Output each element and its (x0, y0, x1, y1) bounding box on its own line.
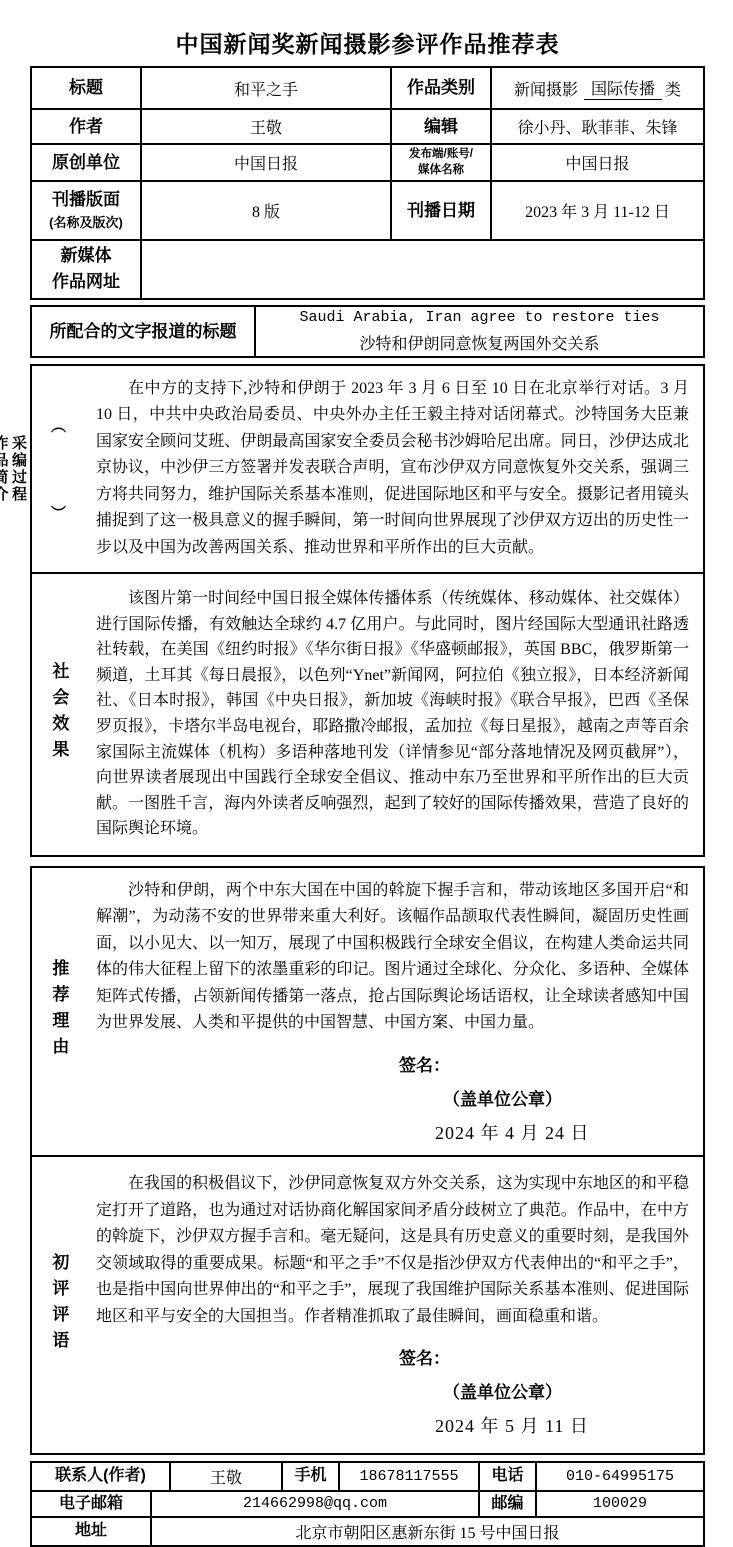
row-recommendation: 推荐理由 沙特和伊朗，两个中东大国在中国的斡旋下握手言和，带动该地区多国开启“和… (32, 868, 703, 1155)
row-headline: 所配合的文字报道的标题 Saudi Arabia, Iran agree to … (32, 307, 703, 356)
label-origin-unit: 原创单位 (32, 145, 140, 180)
label-contact-person: 联系人(作者) (32, 1463, 169, 1490)
label-publish-page: 刊播版面(名称及版次) (32, 182, 140, 239)
row-newmedia-url: 新媒体作品网址 (32, 239, 703, 298)
row-title-category: 标题 和平之手 作品类别 新闻摄影国际传播类 (32, 68, 703, 108)
label-author: 作者 (32, 110, 140, 143)
headline-chinese: 沙特和伊朗同意恢复两国外交关系 (299, 331, 659, 354)
seal-note: （盖单位公章） (399, 1085, 599, 1110)
row-author-editor: 作者 王敬 编辑 徐小丹、耿菲菲、朱锋 (32, 108, 703, 143)
category-suffix: 类 (665, 77, 681, 100)
value-email: 214662998@qq.com (150, 1492, 478, 1516)
value-publish-page: 8 版 (140, 182, 390, 239)
seal-note: （盖单位公章） (399, 1378, 599, 1403)
preliminary-review-text: 在我国的积极倡议下，沙伊同意恢复双方外交关系，这为实现中东地区的和平稳定打开了道… (96, 1171, 689, 1330)
category-prefix: 新闻摄影 (514, 77, 578, 100)
recommendation-body: 沙特和伊朗，两个中东大国在中国的斡旋下握手言和，带动该地区多国开启“和解潮”，为… (84, 868, 703, 1155)
value-origin-unit: 中国日报 (140, 145, 390, 180)
social-effect-text: 该图片第一时间经中国日报全媒体传播体系（传统媒体、移动媒体、社交媒体）进行国际传… (96, 586, 689, 842)
paren-open: （ (51, 418, 64, 433)
value-author: 王敬 (140, 110, 390, 143)
preliminary-review-signature: 签名： （盖单位公章） 2024 年 5 月 11 日 (399, 1344, 599, 1438)
label-work-intro-right: 采编过程 (10, 435, 27, 503)
signature-date: 2024 年 4 月 24 日 (399, 1119, 599, 1145)
label-recommendation: 推荐理由 (32, 868, 84, 1155)
row-contact-phone: 联系人(作者) 王敬 手机 18678117555 电话 010-6499517… (32, 1463, 703, 1490)
value-mobile: 18678117555 (338, 1463, 478, 1490)
label-zipcode: 邮编 (478, 1492, 535, 1516)
label-publish-date: 刊播日期 (390, 182, 490, 239)
label-publish-page-text: 刊播版面(名称及版次) (49, 189, 123, 232)
label-platform-text: 发布端/账号/媒体名称 (409, 147, 473, 178)
label-category: 作品类别 (390, 68, 490, 108)
recommendation-vertical-label: 推荐理由 (49, 959, 68, 1063)
social-effect-vertical-label: 社会效果 (49, 662, 68, 766)
row-email-zip: 电子邮箱 214662998@qq.com 邮编 100029 (32, 1490, 703, 1516)
value-address: 北京市朝阳区惠新东街 15 号中国日报 (150, 1518, 703, 1545)
headline-table: 所配合的文字报道的标题 Saudi Arabia, Iran agree to … (30, 305, 705, 358)
preliminary-review-vertical-label: 初评评语 (49, 1253, 68, 1357)
label-work-intro-left: 作品简介 (0, 435, 8, 503)
label-preliminary-review: 初评评语 (32, 1157, 84, 1453)
value-category: 新闻摄影国际传播类 (490, 68, 703, 108)
info-table: 标题 和平之手 作品类别 新闻摄影国际传播类 作者 王敬 编辑 徐小丹、耿菲菲、… (30, 66, 705, 300)
label-address: 地址 (32, 1518, 150, 1545)
label-newmedia-url: 新媒体作品网址 (32, 241, 140, 298)
row-origin-platform: 原创单位 中国日报 发布端/账号/媒体名称 中国日报 (32, 143, 703, 180)
signature-date: 2024 年 5 月 11 日 (399, 1412, 599, 1438)
recommendation-text: 沙特和伊朗，两个中东大国在中国的斡旋下握手言和，带动该地区多国开启“和解潮”，为… (96, 878, 689, 1037)
label-platform: 发布端/账号/媒体名称 (390, 145, 490, 180)
value-editor: 徐小丹、耿菲菲、朱锋 (490, 110, 703, 143)
label-headline: 所配合的文字报道的标题 (32, 307, 254, 356)
value-headline: Saudi Arabia, Iran agree to restore ties… (254, 307, 703, 356)
category-underlined: 国际传播 (584, 76, 662, 100)
value-platform: 中国日报 (490, 145, 703, 180)
signature-label: 签名： (399, 1344, 599, 1369)
label-newmedia-url-text: 新媒体作品网址 (52, 243, 120, 296)
headline-english: Saudi Arabia, Iran agree to restore ties (299, 309, 659, 326)
row-preliminary-review: 初评评语 在我国的积极倡议下，沙伊同意恢复双方外交关系，这为实现中东地区的和平稳… (32, 1155, 703, 1453)
intro-effect-table: （ 作品简介 采编过程 ） 在中方的支持下,沙特和伊朗于 2023 年 3 月 … (30, 364, 705, 857)
label-editor: 编辑 (390, 110, 490, 143)
label-title: 标题 (32, 68, 140, 108)
row-page-date: 刊播版面(名称及版次) 8 版 刊播日期 2023 年 3 月 11-12 日 (32, 180, 703, 239)
value-zipcode: 100029 (535, 1492, 703, 1516)
paren-close: ） (51, 505, 64, 520)
row-work-intro: （ 作品简介 采编过程 ） 在中方的支持下,沙特和伊朗于 2023 年 3 月 … (32, 366, 703, 572)
value-newmedia-url (140, 241, 703, 298)
row-address: 地址 北京市朝阳区惠新东街 15 号中国日报 (32, 1516, 703, 1545)
recommend-review-table: 推荐理由 沙特和伊朗，两个中东大国在中国的斡旋下握手言和，带动该地区多国开启“和… (30, 866, 705, 1455)
value-publish-date: 2023 年 3 月 11-12 日 (490, 182, 703, 239)
award-recommendation-form: 中国新闻奖新闻摄影参评作品推荐表 标题 和平之手 作品类别 新闻摄影国际传播类 … (0, 0, 733, 1522)
label-work-intro: （ 作品简介 采编过程 ） (32, 366, 84, 572)
label-email: 电子邮箱 (32, 1492, 150, 1516)
label-social-effect: 社会效果 (32, 574, 84, 855)
value-contact-person: 王敬 (169, 1463, 281, 1490)
label-telephone: 电话 (478, 1463, 535, 1490)
signature-label: 签名： (399, 1051, 599, 1076)
row-social-effect: 社会效果 该图片第一时间经中国日报全媒体传播体系（传统媒体、移动媒体、社交媒体）… (32, 572, 703, 855)
work-intro-text: 在中方的支持下,沙特和伊朗于 2023 年 3 月 6 日至 10 日在北京举行… (96, 376, 689, 562)
contact-table: 联系人(作者) 王敬 手机 18678117555 电话 010-6499517… (30, 1461, 705, 1547)
recommendation-signature: 签名： （盖单位公章） 2024 年 4 月 24 日 (399, 1051, 599, 1145)
headline-text: Saudi Arabia, Iran agree to restore ties… (299, 309, 659, 354)
label-mobile: 手机 (281, 1463, 338, 1490)
form-title: 中国新闻奖新闻摄影参评作品推荐表 (30, 26, 705, 59)
preliminary-review-body: 在我国的积极倡议下，沙伊同意恢复双方外交关系，这为实现中东地区的和平稳定打开了道… (84, 1157, 703, 1453)
work-intro-body: 在中方的支持下,沙特和伊朗于 2023 年 3 月 6 日至 10 日在北京举行… (84, 366, 703, 572)
value-title: 和平之手 (140, 68, 390, 108)
value-telephone: 010-64995175 (535, 1463, 703, 1490)
social-effect-body: 该图片第一时间经中国日报全媒体传播体系（传统媒体、移动媒体、社交媒体）进行国际传… (84, 574, 703, 855)
